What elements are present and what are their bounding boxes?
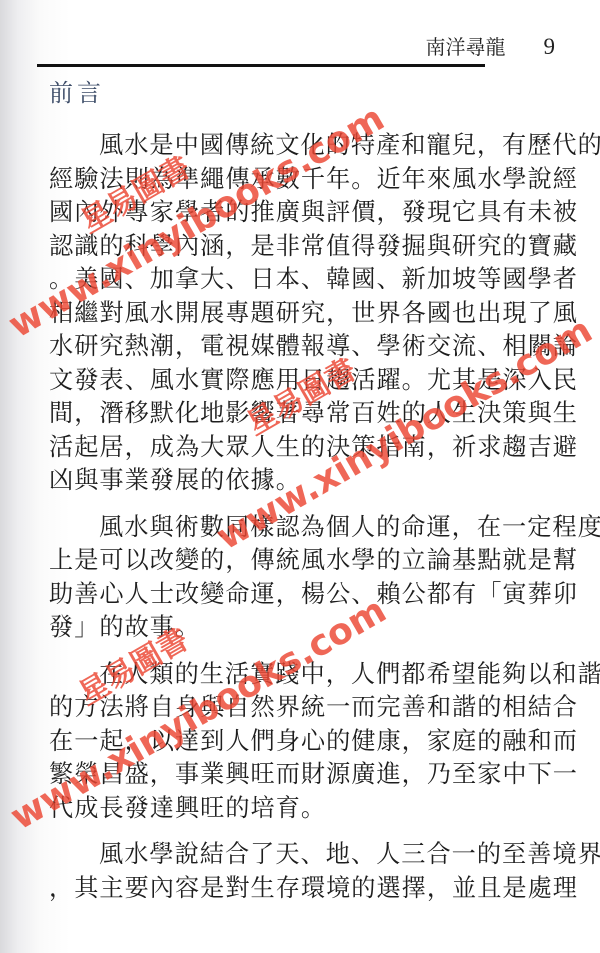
book-title: 南洋尋龍 bbox=[426, 31, 506, 60]
text-line: 經驗法則為準繩傳承數千年。近年來風水學說經 bbox=[49, 163, 561, 197]
text-line: 助善心人士改變命運，楊公、賴公都有「寅葬卯 bbox=[49, 578, 561, 612]
paragraph: 在人類的生活實踐中，人們都希望能夠以和諧 的方法將自身與自然界統一而完善和諧的相… bbox=[49, 658, 561, 826]
text-line: 風水與術數同樣認為個人的命運，在一定程度 bbox=[49, 511, 561, 545]
text-line: 認識的科學內涵，是非常值得發掘與研究的寶藏 bbox=[49, 230, 561, 264]
text-line: 的方法將自身與自然界統一而完善和諧的相結合 bbox=[49, 691, 561, 725]
text-line: 水研究熱潮，電視媒體報導、學術交流、相關論 bbox=[49, 330, 561, 364]
text-line: 上是可以改變的，傳統風水學的立論基點就是幫 bbox=[49, 544, 561, 578]
text-line: ，其主要內容是對生存環境的選擇，並且是處理 bbox=[49, 872, 561, 906]
text-line: 文發表、風水實際應用日趨活躍。尤其是深入民 bbox=[49, 364, 561, 398]
text-line: 相繼對風水開展專題研究，世界各國也出現了風 bbox=[49, 297, 561, 331]
header-rule bbox=[37, 64, 485, 67]
text-line: 活起居，成為大眾人生的決策指南，祈求趨吉避 bbox=[49, 431, 561, 465]
running-head: 南洋尋龍 9 bbox=[426, 30, 556, 60]
paragraph: 風水與術數同樣認為個人的命運，在一定程度 上是可以改變的，傳統風水學的立論基點就… bbox=[49, 511, 561, 645]
text-line: 在一起，以達到人們身心的健康，家庭的融和而 bbox=[49, 725, 561, 759]
text-line: 國內外專家學者的推廣與評價，發現它具有未被 bbox=[49, 196, 561, 230]
text-line: 在人類的生活實踐中，人們都希望能夠以和諧 bbox=[49, 658, 561, 692]
text-line: 風水是中國傳統文化的特產和寵兒，有歷代的 bbox=[49, 129, 561, 163]
page-number: 9 bbox=[544, 34, 556, 60]
paragraph: 風水學說結合了天、地、人三合一的至善境界 ，其主要內容是對生存環境的選擇，並且是… bbox=[49, 838, 561, 905]
body-text: 風水是中國傳統文化的特產和寵兒，有歷代的 經驗法則為準繩傳承數千年。近年來風水學… bbox=[49, 129, 561, 918]
text-line: 間，潛移默化地影響著尋常百姓的人生決策與生 bbox=[49, 397, 561, 431]
text-line: 繁榮昌盛，事業興旺而財源廣進，乃至家中下一 bbox=[49, 758, 561, 792]
text-line: 發」的故事。 bbox=[49, 611, 561, 645]
text-line: 凶與事業發展的依據。 bbox=[49, 464, 561, 498]
paragraph: 風水是中國傳統文化的特產和寵兒，有歷代的 經驗法則為準繩傳承數千年。近年來風水學… bbox=[49, 129, 561, 498]
book-page: 南洋尋龍 9 前言 風水是中國傳統文化的特產和寵兒，有歷代的 經驗法則為準繩傳承… bbox=[0, 0, 600, 953]
text-line: 代成長發達興旺的培育。 bbox=[49, 792, 561, 826]
chapter-title: 前言 bbox=[49, 73, 105, 108]
text-line: 。美國、加拿大、日本、韓國、新加坡等國學者 bbox=[49, 263, 561, 297]
text-line: 風水學說結合了天、地、人三合一的至善境界 bbox=[49, 838, 561, 872]
